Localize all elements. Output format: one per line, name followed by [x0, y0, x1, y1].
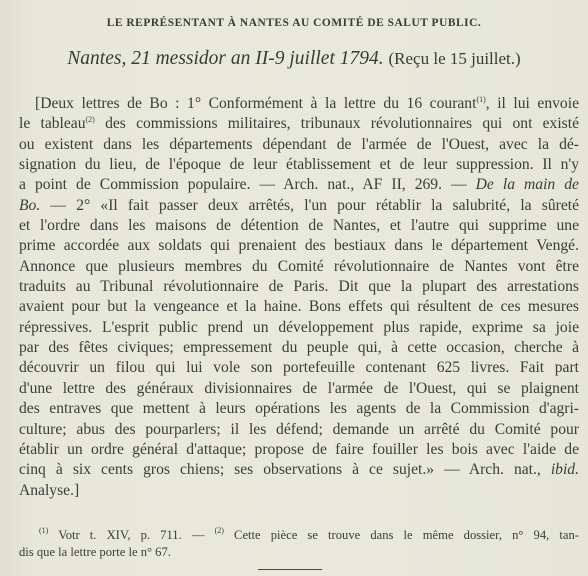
text-run: Votr t. XIV, p. 711. — [48, 528, 214, 542]
text-run: cinq à six cents gros chiens; ses observ… [19, 461, 551, 478]
body-line: prime accordée aux soldats qui prenaient… [19, 236, 579, 256]
body-line: Bo. — 2° «Il fait passer deux arrêtés, l… [19, 196, 579, 216]
body-line: cinq à six cents gros chiens; ses observ… [19, 460, 579, 480]
body-line: et l'ordre dans les maisons de détention… [19, 216, 579, 236]
text-run: prime accordée aux soldats qui prenaient… [19, 237, 579, 254]
italic-text: ibid. [551, 461, 579, 478]
text-run: par des fêtes civiques; empressement du … [19, 339, 579, 356]
body-line: culture; abus des pourparlers; il les dé… [19, 420, 579, 440]
text-run: [Deux lettres de Bo : 1° Conformément à … [35, 95, 476, 112]
body-line: des entraves que mettent à leurs opérati… [19, 399, 579, 419]
body-line: a point de Commission populaire. — Arch.… [19, 175, 579, 195]
end-rule-divider [258, 569, 322, 570]
body-line: découvrir un filou qui lui vole son port… [19, 358, 579, 378]
footnote-reference: (1) [39, 526, 48, 535]
body-line: ou existent dans les départements dépend… [19, 135, 579, 155]
text-run: signation du lieu, de l'époque de leur é… [19, 156, 579, 173]
text-run: a point de Commission populaire. — Arch.… [19, 176, 476, 193]
text-run: Annonce que plusieurs membres du Comité … [19, 258, 579, 275]
text-run: avaient pour but la vengeance et la hain… [19, 298, 579, 315]
text-run: le tableau [19, 115, 86, 132]
body-line: avaient pour but la vengeance et la hain… [19, 297, 579, 317]
text-run: culture; abus des pourparlers; il les dé… [19, 421, 579, 438]
text-run: , il lui envoie [486, 95, 579, 112]
text-run: des entraves que mettent à leurs opérati… [19, 400, 579, 417]
text-run: traduits au Tribunal révolutionnaire de … [19, 278, 579, 295]
footnote-reference: (1) [476, 95, 485, 104]
text-run: d'une lettre des généraux divisionnaires… [19, 380, 579, 397]
footnote-line: (1) Votr t. XIV, p. 711. — (2) Cette piè… [19, 527, 579, 544]
text-run: — 2° «Il fait passer deux arrêtés, l'un … [40, 197, 579, 214]
body-line: par des fêtes civiques; empressement du … [19, 338, 579, 358]
text-run: répressives. L'esprit public prend un dé… [19, 319, 579, 336]
text-run: établir un ordre général d'attaque; prop… [19, 441, 579, 458]
text-run: des commissions militaires, tribunaux ré… [95, 115, 579, 132]
footnote-reference: (2) [215, 526, 224, 535]
body-line: Annonce que plusieurs membres du Comité … [19, 257, 579, 277]
body-line: répressives. L'esprit public prend un dé… [19, 318, 579, 338]
text-run: ou existent dans les départements dépend… [19, 136, 579, 153]
dateline: Nantes, 21 messidor an II-9 juillet 1794… [0, 48, 588, 70]
footnote-line: dis que la lettre porte le n° 67. [19, 544, 579, 561]
text-run: et l'ordre dans les maisons de détention… [19, 217, 579, 234]
body-line: Analyse.] [19, 481, 579, 501]
text-run: découvrir un filou qui lui vole son port… [19, 359, 579, 376]
body-line: d'une lettre des généraux divisionnaires… [19, 379, 579, 399]
text-run: dis que la lettre porte le n° 67. [19, 545, 171, 559]
dateline-place-date: Nantes, 21 messidor an II-9 juillet 1794… [67, 48, 383, 69]
running-head: Le représentant à Nantes au Comité de sa… [0, 17, 588, 29]
text-run: Cette pièce se trouve dans le même dossi… [224, 528, 579, 542]
body-line: établir un ordre général d'attaque; prop… [19, 440, 579, 460]
body-paragraph: [Deux lettres de Bo : 1° Conformément à … [19, 94, 579, 501]
footnotes: (1) Votr t. XIV, p. 711. — (2) Cette piè… [19, 527, 579, 560]
body-line: signation du lieu, de l'époque de leur é… [19, 155, 579, 175]
dateline-received: (Reçu le 15 juillet.) [389, 49, 521, 68]
body-line: traduits au Tribunal révolutionnaire de … [19, 277, 579, 297]
body-line: [Deux lettres de Bo : 1° Conformément à … [19, 94, 579, 114]
italic-text: De la main de [476, 176, 579, 193]
italic-text: Bo. [19, 197, 40, 214]
document-page: Le représentant à Nantes au Comité de sa… [0, 0, 588, 576]
text-run: Analyse.] [19, 482, 79, 499]
footnote-reference: (2) [86, 115, 95, 124]
body-line: le tableau(2) des commissions militaires… [19, 114, 579, 134]
